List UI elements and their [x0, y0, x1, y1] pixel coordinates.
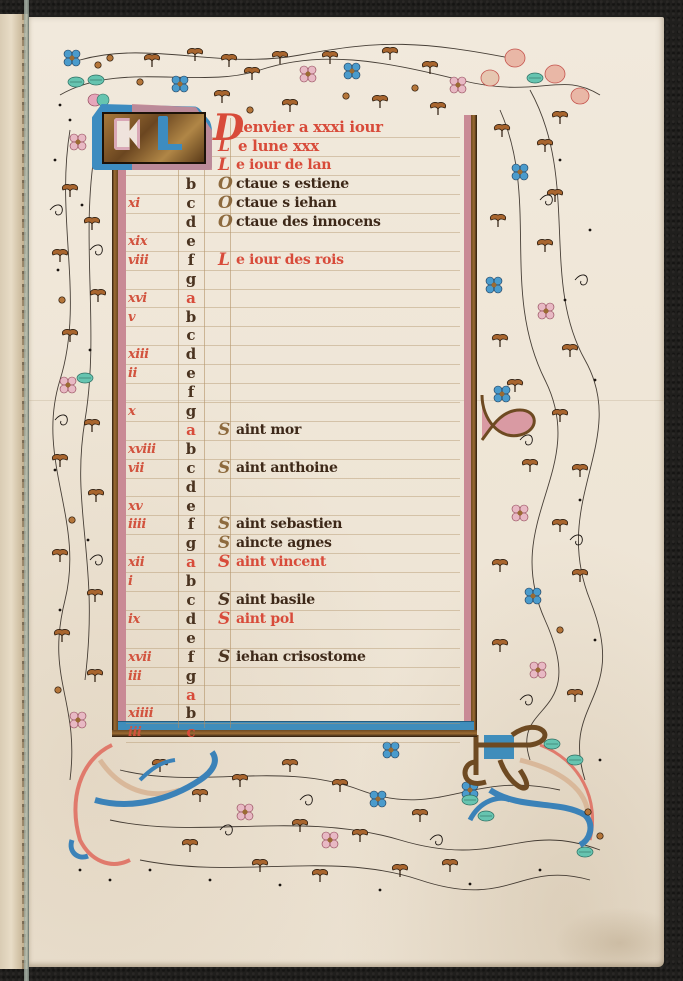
dominical-letter: e — [184, 364, 198, 383]
calendar-day-row: a — [126, 686, 460, 706]
lunar-heading: e lune xxx — [238, 137, 319, 156]
feast-initial: S — [218, 534, 230, 553]
calendar-day-row: viii f L e iour des rois — [126, 251, 460, 271]
calendar-day-row: vii c S aint anthoine — [126, 459, 460, 479]
letter-k-glyph — [114, 118, 140, 150]
golden-number: ii — [128, 364, 176, 383]
golden-number: xvi — [128, 289, 176, 308]
dominical-letter: d — [184, 213, 198, 232]
feast-initial: S — [218, 610, 230, 629]
feast-initial: L — [218, 156, 230, 175]
dominical-letter: b — [184, 440, 198, 459]
feast-initial: S — [218, 591, 230, 610]
calendar-day-row: g S aincte agnes — [126, 534, 460, 554]
calendar-day-row: b O ctaue s estiene — [126, 175, 460, 195]
calendar-day-row: iii c — [126, 723, 460, 743]
dominical-letter: a — [184, 421, 198, 440]
golden-number: ix — [128, 610, 176, 629]
golden-number: v — [128, 308, 176, 327]
calendar-day-row: xvii f S iehan crisostome — [126, 648, 460, 668]
golden-number: xii — [128, 553, 176, 572]
calendar-day-row: xii a S aint vincent — [126, 553, 460, 573]
feast-initial: S — [218, 515, 230, 534]
calendar-day-row: xi c O ctaue s iehan — [126, 194, 460, 214]
calendar-day-row: f — [126, 383, 460, 403]
golden-number: xiiii — [128, 704, 176, 723]
feast-name: ctaue s iehan — [236, 194, 337, 213]
dominical-letter: f — [184, 648, 198, 667]
dominical-letter: b — [184, 572, 198, 591]
frame-pink-right — [464, 115, 471, 723]
calendar-day-row: xix e — [126, 232, 460, 252]
dominical-letter: g — [184, 402, 198, 421]
calendar-day-row: c S aint basile — [126, 591, 460, 611]
dominical-letter: b — [184, 308, 198, 327]
dominical-letter: d — [184, 610, 198, 629]
calendar-day-row: xviii b — [126, 440, 460, 460]
letter-l-foot — [158, 144, 182, 150]
dominical-letter: f — [184, 251, 198, 270]
feast-initial: S — [218, 459, 230, 478]
calendar-day-row: xv e — [126, 497, 460, 517]
feast-name: aint basile — [236, 591, 315, 610]
feast-initial: O — [218, 175, 233, 194]
golden-number: vii — [128, 459, 176, 478]
dominical-letter: e — [184, 629, 198, 648]
golden-number: iii — [128, 667, 176, 686]
dominical-letter: a — [184, 289, 198, 308]
feast-name: aincte agnes — [236, 534, 332, 553]
calendar-day-row: xvi a — [126, 289, 460, 309]
dominical-letter: c — [184, 591, 198, 610]
feast-name: aint sebastien — [236, 515, 342, 534]
feast-name: e iour de lan — [236, 156, 331, 175]
calendar-day-row: xiii d — [126, 345, 460, 365]
frame-pink-left — [118, 115, 126, 737]
calendar-day-row: v b — [126, 308, 460, 328]
corner-stain — [554, 907, 664, 967]
glass-plate-edge — [24, 0, 29, 981]
golden-number: x — [128, 402, 176, 421]
dominical-letter: b — [184, 704, 198, 723]
feast-name: ctaue des innocens — [236, 213, 381, 232]
dominical-letter: d — [184, 478, 198, 497]
dominical-letter: f — [184, 383, 198, 402]
feast-name: aint mor — [236, 421, 301, 440]
feast-initial: S — [218, 421, 230, 440]
frame-gold-right — [471, 115, 477, 737]
dominical-letter: g — [184, 534, 198, 553]
calendar-day-row: iii g — [126, 667, 460, 687]
calendar-day-row: ix d S aint pol — [126, 610, 460, 630]
feast-name: aint vincent — [236, 553, 326, 572]
dominical-letter: c — [184, 326, 198, 345]
golden-number: viii — [128, 251, 176, 270]
dominical-letter: d — [184, 345, 198, 364]
calendar-day-row: d O ctaue des innocens — [126, 213, 460, 233]
calendar-day-row: c — [126, 326, 460, 346]
feast-name: iehan crisostome — [236, 648, 366, 667]
dominical-letter: a — [184, 686, 198, 705]
feast-initial: S — [218, 553, 230, 572]
feast-initial: S — [218, 648, 230, 667]
calendar-day-row: a S aint mor — [126, 421, 460, 441]
feast-initial: L — [218, 251, 230, 270]
golden-number: xvii — [128, 648, 176, 667]
golden-number: xi — [128, 194, 176, 213]
dominical-letter: c — [184, 723, 198, 742]
dominical-letter: c — [184, 194, 198, 213]
feast-name: aint pol — [236, 610, 294, 629]
calendar-day-row: g — [126, 270, 460, 290]
dominical-letter: f — [184, 515, 198, 534]
calendar-day-row: iiii f S aint sebastien — [126, 515, 460, 535]
feast-initial: O — [218, 213, 233, 232]
calendar-day-row: ii e — [126, 364, 460, 384]
dominical-letter: e — [184, 497, 198, 516]
feast-name: ctaue s estiene — [236, 175, 349, 194]
month-heading: ienvier a xxxi iour — [238, 118, 383, 137]
golden-number: iiii — [128, 515, 176, 534]
red-d-initial: D — [213, 108, 244, 148]
feast-name: aint anthoine — [236, 459, 338, 478]
calendar-day-row: d — [126, 478, 460, 498]
feast-initial: O — [218, 194, 233, 213]
feast-name: e iour des rois — [236, 251, 344, 270]
dominical-letter: c — [184, 459, 198, 478]
dominical-letter: b — [184, 175, 198, 194]
calendar-day-row: x g — [126, 402, 460, 422]
calendar-table: ienvier a xxxi iour L e lune xxx iii a L… — [126, 118, 460, 728]
golden-number: xiii — [128, 345, 176, 364]
golden-number: xix — [128, 232, 176, 251]
calendar-day-row: xiiii b — [126, 704, 460, 724]
dominical-letter: g — [184, 270, 198, 289]
dominical-letter: e — [184, 232, 198, 251]
golden-number: i — [128, 572, 176, 591]
calendar-day-row: e — [126, 629, 460, 649]
dominical-letter: g — [184, 667, 198, 686]
golden-number: xv — [128, 497, 176, 516]
golden-number: xviii — [128, 440, 176, 459]
golden-number: iii — [128, 723, 176, 742]
calendar-day-row: i b — [126, 572, 460, 592]
kl-illuminated-initial: KL — [92, 104, 212, 170]
dominical-letter: a — [184, 553, 198, 572]
